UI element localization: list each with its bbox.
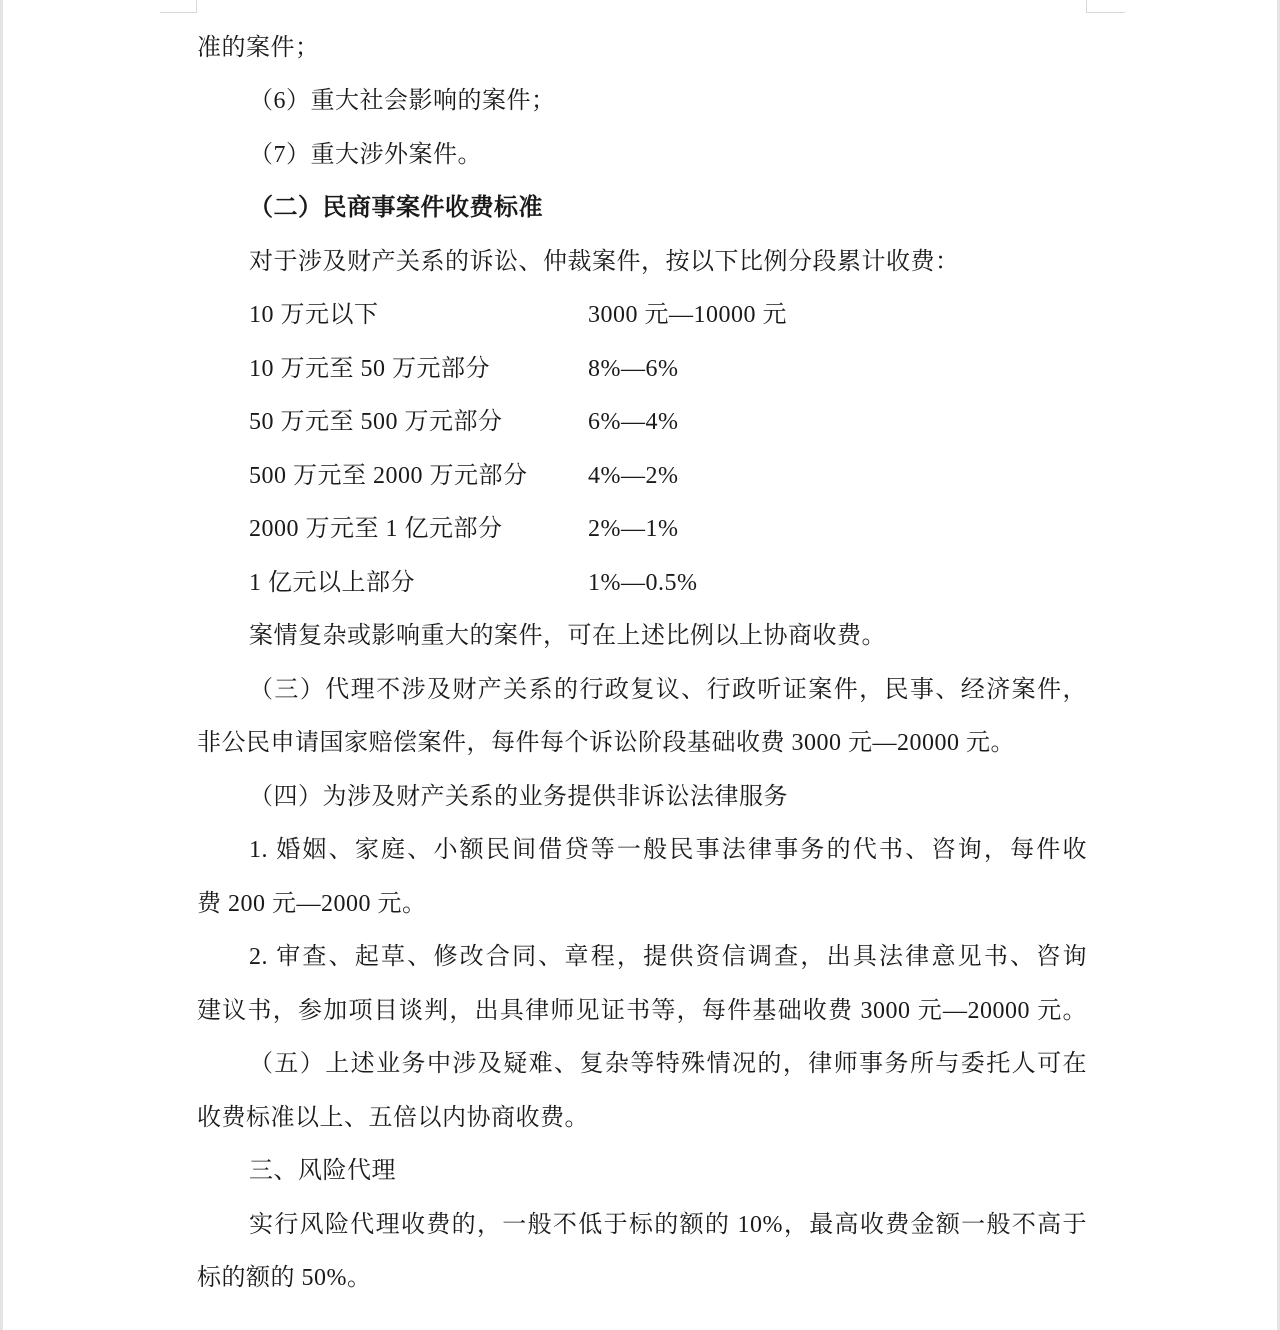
fee-rate: 3000 元—10000 元 xyxy=(588,300,787,330)
section-heading-nonlitigation: （四）为涉及财产关系的业务提供非诉讼法律服务 xyxy=(249,782,788,812)
page-left-edge xyxy=(0,0,3,1330)
section-five-line-1: （五）上述业务中涉及疑难、复杂等特殊情况的，律师事务所与委托人可在 xyxy=(249,1049,1087,1079)
fee-range: 1 亿元以上部分 xyxy=(249,568,415,598)
fee-range: 50 万元至 500 万元部分 xyxy=(249,407,503,437)
risk-line-1: 实行风险代理收费的，一般不低于标的额的 10%，最高收费金额一般不高于 xyxy=(249,1210,1087,1240)
civil-intro: 对于涉及财产关系的诉讼、仲裁案件，按以下比例分段累计收费： xyxy=(249,247,960,277)
fee-range: 2000 万元至 1 亿元部分 xyxy=(249,514,503,544)
section-five-line-2: 收费标准以上、五倍以内协商收费。 xyxy=(197,1103,589,1133)
item-1-line-1: 1. 婚姻、家庭、小额民间借贷等一般民事法律事务的代书、咨询，每件收 xyxy=(249,835,1087,865)
civil-note: 案情复杂或影响重大的案件，可在上述比例以上协商收费。 xyxy=(249,621,886,651)
list-item-7: （7）重大涉外案件。 xyxy=(249,140,482,170)
item-1-line-2: 费 200 元—2000 元。 xyxy=(197,889,427,919)
list-item-6: （6）重大社会影响的案件； xyxy=(249,86,556,116)
item-2-line-2: 建议书，参加项目谈判，出具律师见证书等，每件基础收费 3000 元—20000 … xyxy=(197,996,1087,1026)
section-heading-civil: （二）民商事案件收费标准 xyxy=(249,193,543,223)
fee-rate: 6%—4% xyxy=(588,407,678,437)
fee-rate: 1%—0.5% xyxy=(588,568,697,598)
margin-corner-mark-right xyxy=(1086,0,1125,13)
fee-rate: 8%—6% xyxy=(588,354,678,384)
fee-range: 10 万元至 50 万元部分 xyxy=(249,354,490,384)
section-three-line-1: （三）代理不涉及财产关系的行政复议、行政听证案件，民事、经济案件， xyxy=(249,675,1087,705)
fee-rate: 2%—1% xyxy=(588,514,678,544)
risk-line-2: 标的额的 50%。 xyxy=(197,1263,372,1293)
fee-rate: 4%—2% xyxy=(588,461,678,491)
fee-range: 10 万元以下 xyxy=(249,300,379,330)
fee-range: 500 万元至 2000 万元部分 xyxy=(249,461,528,491)
section-heading-risk: 三、风险代理 xyxy=(249,1156,396,1186)
margin-corner-mark-left xyxy=(160,0,197,13)
paragraph-line: 准的案件； xyxy=(197,33,320,63)
item-2-line-1: 2. 审查、起草、修改合同、章程，提供资信调查，出具法律意见书、咨询 xyxy=(249,942,1087,972)
section-three-line-2: 非公民申请国家赔偿案件，每件每个诉讼阶段基础收费 3000 元—20000 元。 xyxy=(197,728,1015,758)
